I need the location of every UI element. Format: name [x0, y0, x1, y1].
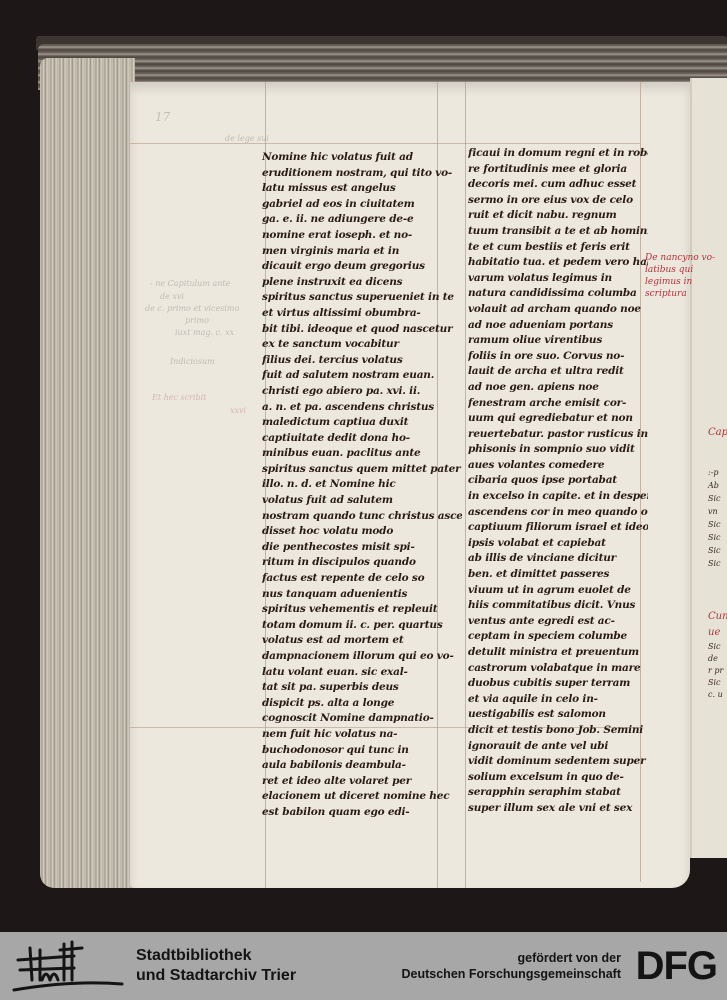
- manuscript-scan: 17 de lege sui - ne Capitulum ante de xv…: [0, 0, 727, 932]
- text-line: aula babilonis deambula-: [262, 758, 462, 774]
- text-line: uum qui egrediebatur et non: [468, 411, 648, 427]
- funding-line-1: gefördert von der: [402, 950, 622, 966]
- text-line: maledictum captiua duxit: [262, 415, 462, 431]
- text-line: die penthecostes misit spi-: [262, 540, 462, 556]
- text-line: volatus est ad mortem et: [262, 633, 462, 649]
- text-line: varum volatus legimus in: [468, 271, 648, 287]
- edge-text-line: Sic: [708, 678, 721, 688]
- edge-text-line: Sic: [708, 520, 721, 530]
- show-through-note: de c. primo et vicesimo: [145, 304, 239, 314]
- text-line: spiritus vehementis et repleuit: [262, 602, 462, 618]
- show-through-note: iuxt mag. c. xx: [175, 328, 234, 338]
- text-line: De nancyno vo-: [645, 252, 715, 264]
- text-line: filius dei. tercius volatus: [262, 353, 462, 369]
- text-line: hiis commitatibus dicit. Vnus: [468, 598, 648, 614]
- text-line: decoris mei. cum adhuc esset: [468, 177, 648, 193]
- show-through-note: - ne Capitulum ante: [150, 279, 230, 289]
- text-line: nus tanquam aduenientis: [262, 587, 462, 603]
- text-line: scriptura: [645, 288, 715, 300]
- edge-text-line: vn: [708, 507, 718, 517]
- text-line: christi ego abiero pa. xvi. ii.: [262, 384, 462, 400]
- show-through-note: primo: [185, 316, 209, 326]
- dfg-logo: DFG: [636, 946, 717, 986]
- text-line: minibus euan. paclitus ante: [262, 446, 462, 462]
- edge-text-line: Sic: [708, 559, 721, 569]
- text-line: ret et ideo alte volaret per: [262, 774, 462, 790]
- text-line: ben. et dimittet passeres: [468, 567, 648, 583]
- text-line: dicauit ergo deum gregorius: [262, 259, 462, 275]
- edge-text-line: Cun: [708, 612, 727, 622]
- text-line: viuum ut in agrum euolet de: [468, 583, 648, 599]
- text-line: reuertebatur. pastor rusticus in: [468, 427, 648, 443]
- text-line: detulit ministra et preuentum: [468, 645, 648, 661]
- edge-text-line: r pr: [708, 666, 723, 676]
- text-line: eruditionem nostram, qui tito vo-: [262, 166, 462, 182]
- text-line: solium excelsum in quo de-: [468, 770, 648, 786]
- text-line: captiuum filiorum israel et ideo de: [468, 520, 648, 536]
- text-line: foliis in ore suo. Corvus no-: [468, 349, 648, 365]
- text-line: men virginis maria et in: [262, 244, 462, 260]
- edge-text-line: Ab: [708, 481, 719, 491]
- ruling-line: [465, 82, 466, 888]
- text-line: ruit et dicit nabu. regnum: [468, 208, 648, 224]
- text-line: in excelso in capite. et in desperto: [468, 489, 648, 505]
- text-line: ventus ante egredi est ac-: [468, 614, 648, 630]
- text-line: illo. n. d. et Nomine hic: [262, 477, 462, 493]
- text-line: totam domum ii. c. per. quartus: [262, 618, 462, 634]
- text-line: tat sit pa. superbis deus: [262, 680, 462, 696]
- show-through-note: de xvi: [160, 292, 184, 302]
- show-through-note: Et hec scribit: [152, 393, 206, 403]
- text-line: ga. e. ii. ne adiungere de-e: [262, 212, 462, 228]
- text-line: dicit et testis bono Job. Semini: [468, 723, 648, 739]
- footer-bar: Stadtbibliothek und Stadtarchiv Trier ge…: [0, 932, 727, 1000]
- text-line: nomine erat ioseph. et no-: [262, 228, 462, 244]
- text-line: ritum in discipulos quando: [262, 555, 462, 571]
- text-line: ipsis volabat et capiebat: [468, 536, 648, 552]
- text-line: volauit ad archam quando noe: [468, 302, 648, 318]
- text-line: volatus fuit ad salutem: [262, 493, 462, 509]
- text-line: ex te sanctum vocabitur: [262, 337, 462, 353]
- text-line: ab illis de vinciane dicitur: [468, 551, 648, 567]
- text-line: tuum transibit a te et ab hominibus eici…: [468, 224, 648, 240]
- text-line: latu missus est angelus: [262, 181, 462, 197]
- text-line: fenestram arche emisit cor-: [468, 396, 648, 412]
- text-line: Nomine hic volatus fuit ad: [262, 150, 462, 166]
- text-line: spiritus sanctus quem mittet pater in no…: [262, 462, 462, 478]
- show-through-note: xxvi: [230, 406, 246, 416]
- text-line: latu volant euan. sic exal-: [262, 665, 462, 681]
- text-line: te et cum bestiis et feris erit: [468, 240, 648, 256]
- text-line: castrorum volabatque in mare: [468, 661, 648, 677]
- text-line: ignorauit de ante vel ubi: [468, 739, 648, 755]
- text-line: dispicit ps. alta a longe: [262, 696, 462, 712]
- edge-text-line: :-p: [708, 468, 719, 478]
- edge-text-line: de: [708, 654, 718, 664]
- stadtbibliothek-trier-logo-icon: [12, 940, 132, 992]
- text-line: elacionem ut diceret nomine hec: [262, 789, 462, 805]
- text-line: uestigabilis est salomon: [468, 707, 648, 723]
- text-line: factus est repente de celo so: [262, 571, 462, 587]
- rubric-margin-note: De nancyno vo-latibus quilegimus inscrip…: [645, 252, 715, 300]
- funding-note: gefördert von der Deutschen Forschungsge…: [402, 950, 622, 982]
- text-line: habitatio tua. et pedem vero habet: [468, 255, 648, 271]
- text-line: ficaui in domum regni et in robo-: [468, 146, 648, 162]
- text-line: captiuitate dedit dona ho-: [262, 431, 462, 447]
- edge-text-line: c. u: [708, 690, 723, 700]
- text-column-left: Nomine hic volatus fuit aderuditionem no…: [262, 150, 462, 821]
- text-line: super illum sex ale vni et sex: [468, 801, 648, 817]
- text-line: serapphin seraphim stabat: [468, 785, 648, 801]
- text-line: re fortitudinis mee et gloria: [468, 162, 648, 178]
- text-line: et virtus altissimi obumbra-: [262, 306, 462, 322]
- text-line: legimus in: [645, 276, 715, 288]
- text-line: sermo in ore eius vox de celo: [468, 193, 648, 209]
- edge-text-line: ue: [708, 628, 720, 638]
- text-line: ramum oliue virentibus: [468, 333, 648, 349]
- text-line: duobus cubitis super terram: [468, 676, 648, 692]
- funding-line-2: Deutschen Forschungsgemeinschaft: [402, 966, 622, 982]
- institution-name: Stadtbibliothek und Stadtarchiv Trier: [136, 946, 296, 986]
- text-line: est babilon quam ego edi-: [262, 805, 462, 821]
- ruling-line: [130, 143, 640, 144]
- institution-line-1: Stadtbibliothek: [136, 946, 296, 966]
- page-block-fore-edge: [40, 58, 135, 888]
- show-through-note: de lege sui: [225, 134, 269, 144]
- text-line: latibus qui: [645, 264, 715, 276]
- folio-number-ghost: 17: [155, 110, 170, 124]
- text-line: ad noe gen. apiens noe: [468, 380, 648, 396]
- text-line: natura candidissima columba: [468, 286, 648, 302]
- text-line: cognoscit Nomine dampnatio-: [262, 711, 462, 727]
- text-line: aues volantes comedere: [468, 458, 648, 474]
- next-page-rubric: Cap: [708, 428, 727, 438]
- text-line: plene instruxit ea dicens: [262, 275, 462, 291]
- text-line: disset hoc volatu modo: [262, 524, 462, 540]
- text-line: et via aquile in celo in-: [468, 692, 648, 708]
- edge-text-line: Sic: [708, 533, 721, 543]
- text-line: phisonis in sompnio suo vidit: [468, 442, 648, 458]
- show-through-note: Indiciosum: [170, 357, 215, 367]
- text-line: vidit dominum sedentem super: [468, 754, 648, 770]
- institution-line-2: und Stadtarchiv Trier: [136, 966, 296, 986]
- edge-text-line: Sic: [708, 546, 721, 556]
- text-line: bit tibi. ideoque et quod nascetur: [262, 322, 462, 338]
- text-line: ascendens cor in meo quando opinit: [468, 505, 648, 521]
- text-column-right: ficaui in domum regni et in robo-re fort…: [468, 146, 648, 817]
- text-line: gabriel ad eos in ciuitatem: [262, 197, 462, 213]
- text-line: cibaria quos ipse portabat: [468, 473, 648, 489]
- text-line: lauit de archa et ultra redit: [468, 364, 648, 380]
- text-line: ceptam in speciem columbe: [468, 629, 648, 645]
- edge-text-line: Sic: [708, 642, 721, 652]
- text-line: spiritus sanctus superueniet in te: [262, 290, 462, 306]
- text-line: nem fuit hic volatus na-: [262, 727, 462, 743]
- text-line: fuit ad salutem nostram euan.: [262, 368, 462, 384]
- text-line: nostram quando tunc christus asce-: [262, 509, 462, 525]
- text-line: a. n. et pa. ascendens christus: [262, 400, 462, 416]
- text-line: buchodonosor qui tunc in: [262, 743, 462, 759]
- text-line: ad noe adueniam portans: [468, 318, 648, 334]
- text-line: dampnacionem illorum qui eo vo-: [262, 649, 462, 665]
- edge-text-line: Sic: [708, 494, 721, 504]
